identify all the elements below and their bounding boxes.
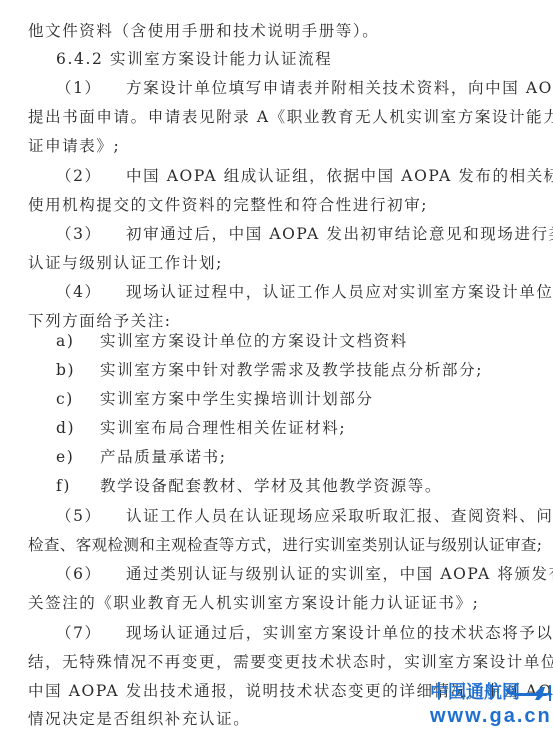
step-number: （1） <box>56 77 126 99</box>
step-5: （5）认证工作人员在认证现场应采取听取汇报、查阅资料、问询 <box>56 505 553 527</box>
line-text: 结，无特殊情况不再变更，需要变更技术状态时，实训室方案设计单位向 <box>28 653 553 671</box>
step-3-cont: 认证与级别认证工作计划; <box>28 252 533 274</box>
sub-item-f: f)教学设备配套教材、学材及其他教学资源等。 <box>56 475 553 497</box>
sub-item-label: e) <box>56 446 100 468</box>
step-7: （7）现场认证通过后，实训室方案设计单位的技术状态将予以冻 <box>56 622 553 644</box>
step-number: （3） <box>56 223 126 245</box>
line-text: 方案设计单位填写申请表并附相关技术资料，向中国 AOPA <box>126 79 553 97</box>
step-1-cont: 提出书面申请。申请表见附录 A《职业教育无人机实训室方案设计能力认 <box>28 106 533 128</box>
sub-item-label: f) <box>56 475 100 497</box>
step-number: （5） <box>56 505 126 527</box>
line-text: 中国 AOPA 组成认证组，依据中国 AOPA 发布的相关标准，对 <box>126 167 553 185</box>
line-text: 现场认证过程中，认证工作人员应对实训室方案设计单位的 <box>126 283 553 301</box>
site-watermark[interactable]: 中国通航网 www.ga.cn <box>430 683 553 732</box>
step-number: （2） <box>56 165 126 187</box>
line-text: 下列方面给予关注: <box>28 312 172 330</box>
line-text: 实训室方案中针对教学需求及教学技能点分析部分; <box>100 361 483 379</box>
sub-item-b: b)实训室方案中针对教学需求及教学技能点分析部分; <box>56 359 553 381</box>
step-number: （7） <box>56 622 126 644</box>
section-heading: 6.4.2 实训室方案设计能力认证流程 <box>56 48 553 70</box>
step-2: （2）中国 AOPA 组成认证组，依据中国 AOPA 发布的相关标准，对 <box>56 165 553 187</box>
line-text: 证申请表》; <box>28 137 120 155</box>
sub-item-label: b) <box>56 359 100 381</box>
watermark-url: www.ga.cn <box>430 705 552 727</box>
line-text: 实训室方案中学生实操培训计划部分 <box>100 390 374 408</box>
sub-item-label: a) <box>56 330 100 352</box>
line-text: 情况决定是否组织补充认证。 <box>28 710 250 728</box>
step-7-cont: 结，无特殊情况不再变更，需要变更技术状态时，实训室方案设计单位向 <box>28 651 533 673</box>
line-text: 初审通过后，中国 AOPA 发出初审结论意见和现场进行类别 <box>126 225 553 243</box>
sub-item-d: d)实训室布局合理性相关佐证材料; <box>56 417 553 439</box>
step-6-cont: 关签注的《职业教育无人机实训室方案设计能力认证证书》; <box>28 592 533 614</box>
sub-item-e: e)产品质量承诺书; <box>56 446 553 468</box>
step-1: （1）方案设计单位填写申请表并附相关技术资料，向中国 AOPA <box>56 77 553 99</box>
line-text: 通过类别认证与级别认证的实训室，中国 AOPA 将颁发有相 <box>126 565 553 583</box>
line-text: 现场认证通过后，实训室方案设计单位的技术状态将予以冻 <box>126 624 553 642</box>
step-6: （6）通过类别认证与级别认证的实训室，中国 AOPA 将颁发有相 <box>56 563 553 585</box>
step-5-cont: 检查、客观检测和主观检查等方式，进行实训室类别认证与级别认证审查; <box>28 534 533 556</box>
line-text: 检查、客观检测和主观检查等方式，进行实训室类别认证与级别认证审查; <box>28 536 542 554</box>
sub-item-a: a)实训室方案设计单位的方案设计文档资料 <box>56 330 553 352</box>
step-4: （4）现场认证过程中，认证工作人员应对实训室方案设计单位的 <box>56 281 553 303</box>
sub-item-label: c) <box>56 388 100 410</box>
line-text: 实训室布局合理性相关佐证材料; <box>100 419 346 437</box>
step-number: （4） <box>56 281 126 303</box>
line-text: 实训室方案设计单位的方案设计文档资料 <box>100 332 408 350</box>
line-text: 使用机构提交的文件资料的完整性和符合性进行初审; <box>28 196 428 214</box>
step-3: （3）初审通过后，中国 AOPA 发出初审结论意见和现场进行类别 <box>56 223 553 245</box>
line-text: 他文件资料（含使用手册和技术说明手册等）。 <box>28 22 379 40</box>
step-1-cont: 证申请表》; <box>28 135 533 157</box>
heading-text: 6.4.2 实训室方案设计能力认证流程 <box>56 50 332 68</box>
line-text: 教学设备配套教材、学材及其他教学资源等。 <box>100 477 442 495</box>
line-text: 认证与级别认证工作计划; <box>28 254 223 272</box>
step-number: （6） <box>56 563 126 585</box>
line-text: 关签注的《职业教育无人机实训室方案设计能力认证证书》; <box>28 594 479 612</box>
step-2-cont: 使用机构提交的文件资料的完整性和符合性进行初审; <box>28 194 533 216</box>
airplane-icon <box>505 683 553 703</box>
paragraph-continuation: 他文件资料（含使用手册和技术说明手册等）。 <box>28 20 533 42</box>
step-4-cont: 下列方面给予关注: <box>28 310 533 332</box>
sub-item-label: d) <box>56 417 100 439</box>
sub-item-c: c)实训室方案中学生实操培训计划部分 <box>56 388 553 410</box>
line-text: 提出书面申请。申请表见附录 A《职业教育无人机实训室方案设计能力认 <box>28 108 553 126</box>
line-text: 产品质量承诺书; <box>100 448 227 466</box>
line-text: 认证工作人员在认证现场应采取听取汇报、查阅资料、问询 <box>126 507 553 525</box>
